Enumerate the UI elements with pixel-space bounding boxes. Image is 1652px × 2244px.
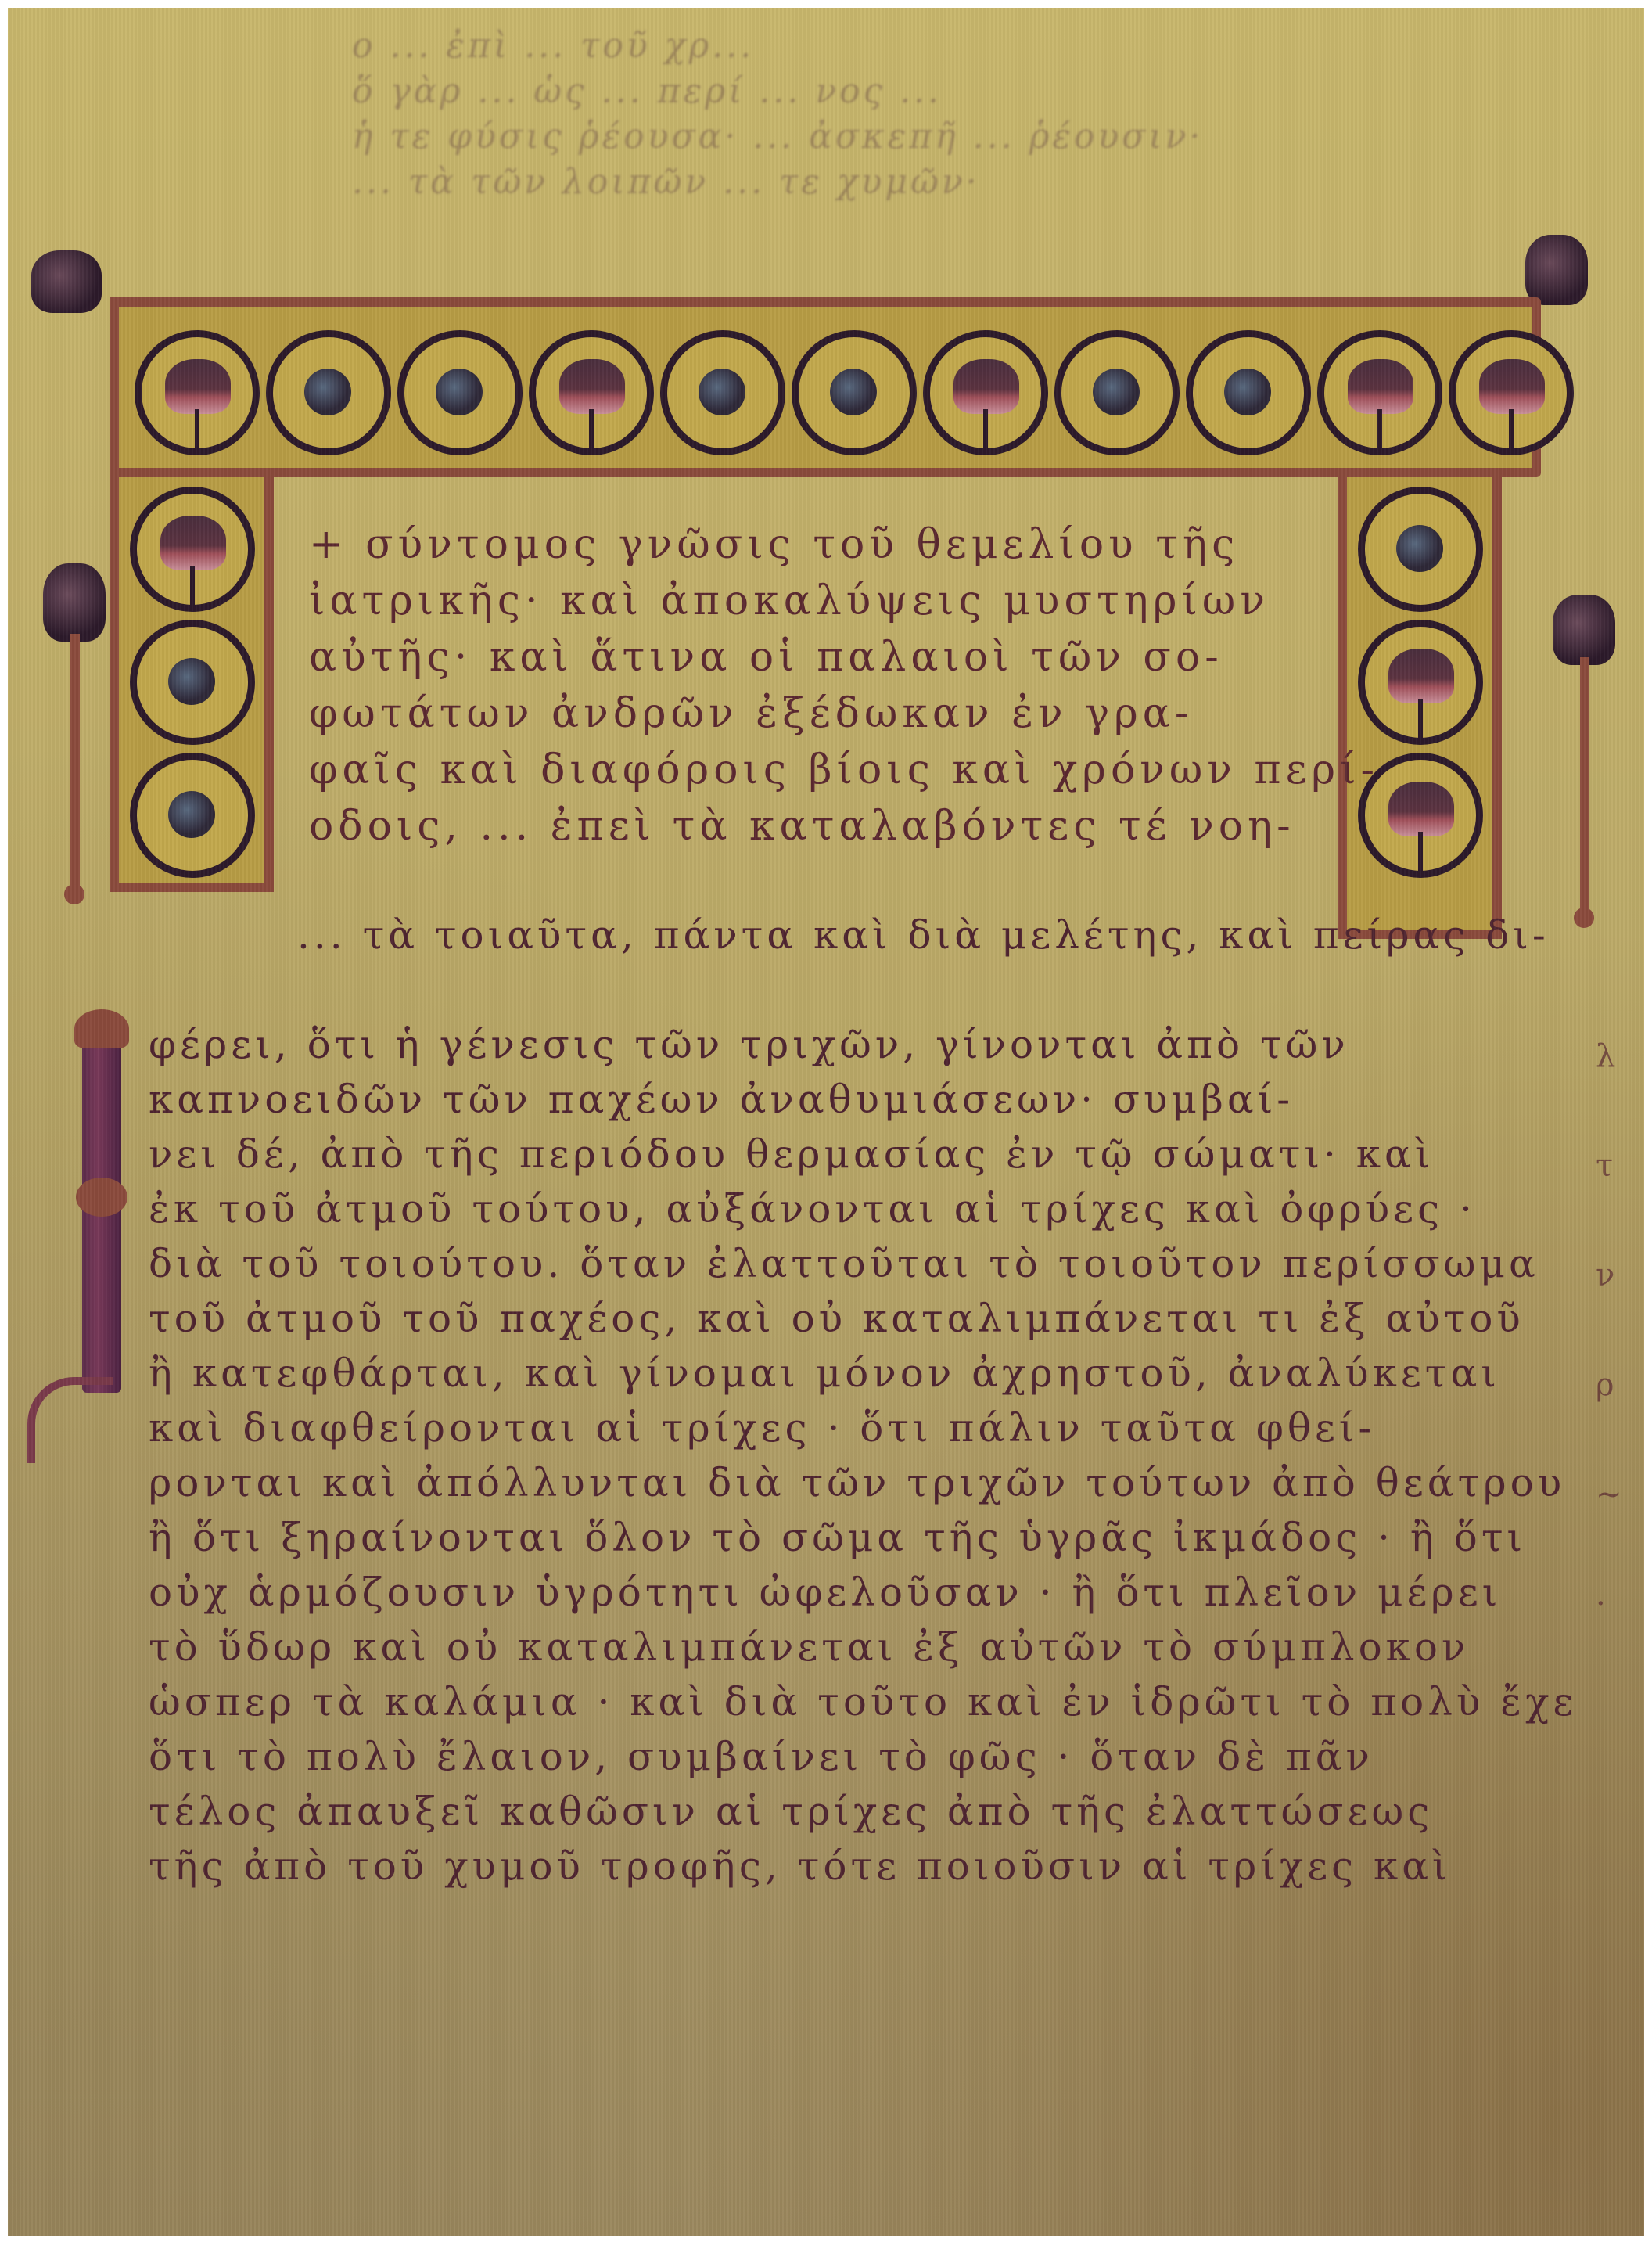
vine-medallion xyxy=(923,330,1048,455)
text-line: διὰ τοῦ τοιούτου. ὅταν ἐλαττοῦται τὸ τοι… xyxy=(149,1236,1572,1291)
margin-mark: λ xyxy=(1596,1002,1644,1111)
right-pendant-finial-ornament xyxy=(1553,595,1615,665)
body-text: ... τὰ τοιαῦτα, πάντα καὶ διὰ μελέτης, κ… xyxy=(297,908,1643,962)
title-line: οδοις, ... ἐπεὶ τὰ καταλαβόντες τέ νοη- xyxy=(309,798,1388,854)
faint-line: ὅ γὰρ ... ὡς ... περί ... νος ... xyxy=(352,69,1369,114)
text-line: ἢ ὅτι ξηραίνονται ὅλον τὸ σῶμα τῆς ὑγρᾶς… xyxy=(149,1510,1572,1565)
margin-mark: τ xyxy=(1596,1111,1644,1221)
left-pendant-stem xyxy=(70,634,80,892)
vine-medallion xyxy=(1186,330,1311,455)
margin-mark: ν xyxy=(1596,1221,1644,1330)
margin-mark: · xyxy=(1596,1549,1644,1659)
text-line: ὡσπερ τὰ καλάμια · καὶ διὰ τοῦτο καὶ ἐν … xyxy=(149,1674,1572,1729)
text-line: ὅτι τὸ πολὺ ἔλαιον, συμβαίνει τὸ φῶς · ὅ… xyxy=(149,1729,1572,1784)
title-line: ἰατρικῆς· καὶ ἀποκαλύψεις μυστηρίων xyxy=(309,573,1388,629)
left-pendant-finial-ornament xyxy=(43,563,106,642)
main-text: φέρει, ὅτι ἡ γένεσις τῶν τριχῶν, γίνοντα… xyxy=(149,1017,1572,1893)
top-left-finial-ornament xyxy=(31,250,102,313)
vine-medallion xyxy=(130,487,255,612)
title-line-continued: ... τὰ τοιαῦτα, πάντα καὶ διὰ μελέτης, κ… xyxy=(297,908,1643,962)
vine-medallion xyxy=(1317,330,1442,455)
text-line: καὶ διαφθείρονται αἱ τρίχες · ὅτι πάλιν … xyxy=(149,1401,1572,1455)
vine-medallion xyxy=(135,330,260,455)
margin-mark: ~ xyxy=(1596,1440,1644,1549)
title-heading: + σύντομος γνῶσις τοῦ θεμελίου τῆς ἰατρι… xyxy=(309,516,1388,854)
vine-medallion xyxy=(1449,330,1574,455)
text-line: τέλος ἀπαυξεῖ καθῶσιν αἱ τρίχες ἀπὸ τῆς … xyxy=(149,1784,1572,1839)
title-line: + σύντομος γνῶσις τοῦ θεμελίου τῆς xyxy=(309,516,1388,573)
text-line: τὸ ὕδωρ καὶ οὐ καταλιμπάνεται ἐξ αὐτῶν τ… xyxy=(149,1620,1572,1674)
title-line: φαῖς καὶ διαφόροις βίοις καὶ χρόνων περί… xyxy=(309,742,1388,798)
title-line: φωτάτων ἀνδρῶν ἐξέδωκαν ἐν γρα- xyxy=(309,685,1388,742)
text-line: ρονται καὶ ἀπόλλυνται διὰ τῶν τριχῶν τού… xyxy=(149,1455,1572,1510)
headpiece-top-band xyxy=(110,297,1541,477)
vine-medallion xyxy=(1054,330,1180,455)
title-line: αὐτῆς· καὶ ἅτινα οἱ παλαιοὶ τῶν σο- xyxy=(309,629,1388,685)
margin-mark: ρ xyxy=(1596,1330,1644,1440)
faint-line: ο ... ἐπὶ ... τοῦ χρ... xyxy=(352,23,1369,69)
text-line: τοῦ ἀτμοῦ τοῦ παχέος, καὶ οὐ καταλιμπάνε… xyxy=(149,1291,1572,1346)
faint-line: ἡ τε φύσις ῥέουσα· ... ἀσκεπῆ ... ῥέουσι… xyxy=(352,114,1369,160)
vine-medallion xyxy=(792,330,917,455)
faint-upper-text: ο ... ἐπὶ ... τοῦ χρ... ὅ γὰρ ... ὡς ...… xyxy=(352,23,1369,205)
vine-medallion xyxy=(529,330,654,455)
manuscript-photo: ο ... ἐπὶ ... τοῦ χρ... ὅ γὰρ ... ὡς ...… xyxy=(8,8,1644,2236)
text-line: νει δέ, ἀπὸ τῆς περιόδου θερμασίας ἐν τῷ… xyxy=(149,1127,1572,1181)
vine-medallion xyxy=(660,330,785,455)
right-pendant-stem xyxy=(1580,657,1589,915)
initial-cap xyxy=(74,1009,129,1048)
vine-medallion xyxy=(397,330,523,455)
text-line: ἐκ τοῦ ἀτμοῦ τούτου, αὐξάνονται αἱ τρίχε… xyxy=(149,1181,1572,1236)
initial-flourish xyxy=(27,1377,113,1463)
left-pendant-knob xyxy=(64,884,84,904)
right-margin-marks: λ τ ν ρ ~ · xyxy=(1596,1002,1644,1659)
text-line: τῆς ἀπὸ τοῦ χυμοῦ τροφῆς, τότε ποιοῦσιν … xyxy=(149,1839,1572,1893)
vine-medallion xyxy=(266,330,391,455)
vine-medallion xyxy=(130,620,255,745)
text-line: καπνοειδῶν τῶν παχέων ἀναθυμιάσεων· συμβ… xyxy=(149,1072,1572,1127)
initial-knot xyxy=(76,1178,127,1217)
text-line: οὐχ ἁρμόζουσιν ὑγρότητι ὠφελοῦσαν · ἢ ὅτ… xyxy=(149,1565,1572,1620)
text-line: ἢ κατεφθάρται, καὶ γίνομαι μόνον ἀχρηστο… xyxy=(149,1346,1572,1401)
vine-medallion xyxy=(130,753,255,878)
decorated-initial xyxy=(27,1009,145,1463)
faint-line: ... τὰ τῶν λοιπῶν ... τε χυμῶν· xyxy=(352,160,1369,205)
text-line: φέρει, ὅτι ἡ γένεσις τῶν τριχῶν, γίνοντα… xyxy=(149,1017,1572,1072)
